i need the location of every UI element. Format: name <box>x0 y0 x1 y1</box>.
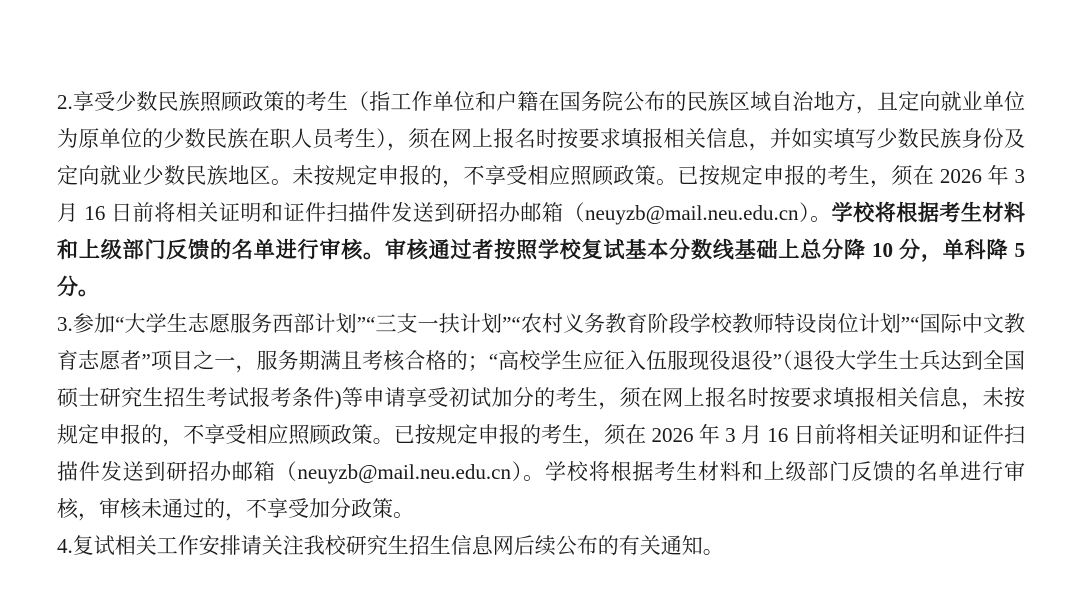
paragraph-item-3: 3.参加“大学生志愿服务西部计划”“三支一扶计划”“农村义务教育阶段学校教师特设… <box>57 306 1025 528</box>
paragraph-item-2: 2.享受少数民族照顾政策的考生（指工作单位和户籍在国务院公布的民族区域自治地方，… <box>57 84 1025 306</box>
document-body: 2.享受少数民族照顾政策的考生（指工作单位和户籍在国务院公布的民族区域自治地方，… <box>57 84 1025 565</box>
text-segment: 4.复试相关工作安排请关注我校研究生招生信息网后续公布的有关通知。 <box>57 534 724 558</box>
paragraph-item-4: 4.复试相关工作安排请关注我校研究生招生信息网后续公布的有关通知。 <box>57 528 1025 565</box>
text-segment: 3.参加“大学生志愿服务西部计划”“三支一扶计划”“农村义务教育阶段学校教师特设… <box>57 312 1025 521</box>
